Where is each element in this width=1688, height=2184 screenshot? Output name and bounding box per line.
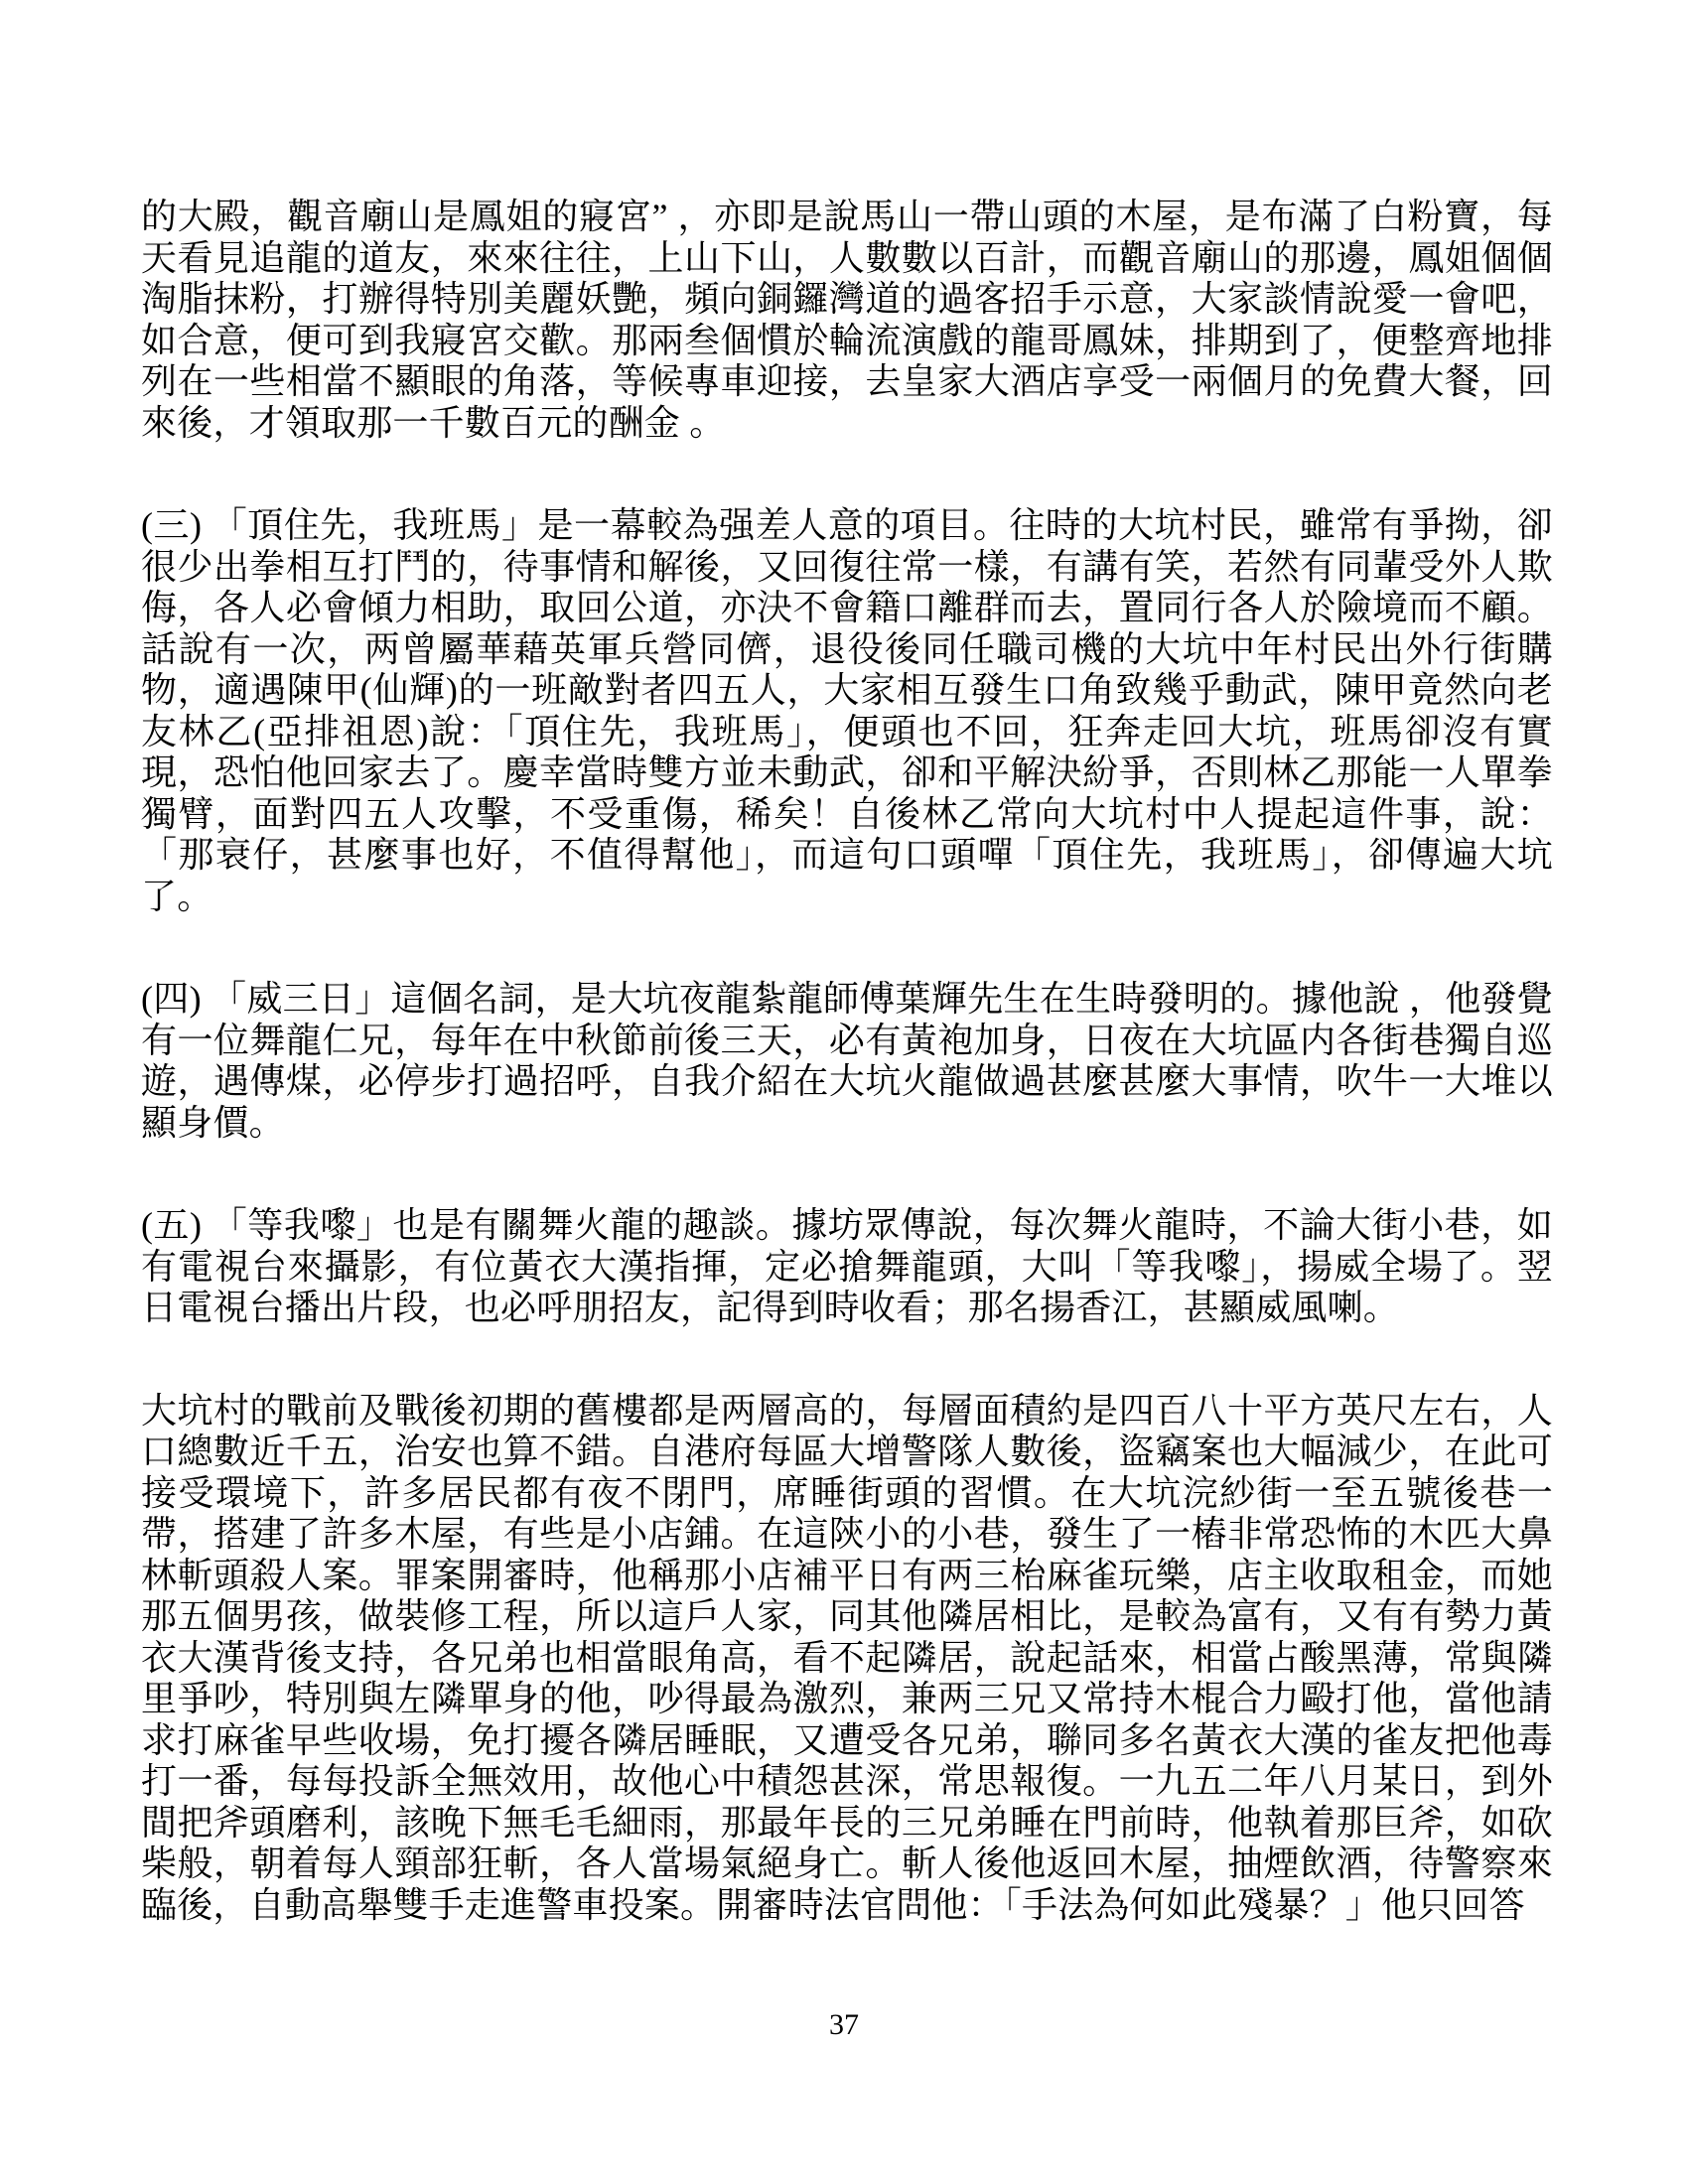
text-content: 的大殿，觀音廟山是鳳姐的寢宮” ，亦即是說馬山一帶山頭的木屋，是布滿了白粉寶，每… (141, 197, 1553, 1926)
paragraph-closing: 大坑村的戰前及戰後初期的舊樓都是两層高的，每層面積約是四百八十平方英尺左右，人口… (141, 1391, 1553, 1927)
paragraph-item-4: (四) 「威三日」這個名詞，是大坑夜龍紮龍師傅葉輝先生在生時發明的。據他說 ，他… (141, 979, 1553, 1144)
paragraph-continuation: 的大殿，觀音廟山是鳳姐的寢宮” ，亦即是說馬山一帶山頭的木屋，是布滿了白粉寶，每… (141, 197, 1553, 444)
document-page: 的大殿，觀音廟山是鳳姐的寢宮” ，亦即是說馬山一帶山頭的木屋，是布滿了白粉寶，每… (0, 0, 1688, 2184)
paragraph-item-3: (三) 「頂住先，我班馬」是一幕較為强差人意的項目。往時的大坑村民，雖常有爭拗，… (141, 505, 1553, 917)
paragraph-item-5: (五) 「等我嚟」也是有關舞火龍的趣談。據坊眾傳說，每次舞火龍時，不論大街小巷，… (141, 1205, 1553, 1329)
page-number: 37 (0, 2007, 1688, 2043)
